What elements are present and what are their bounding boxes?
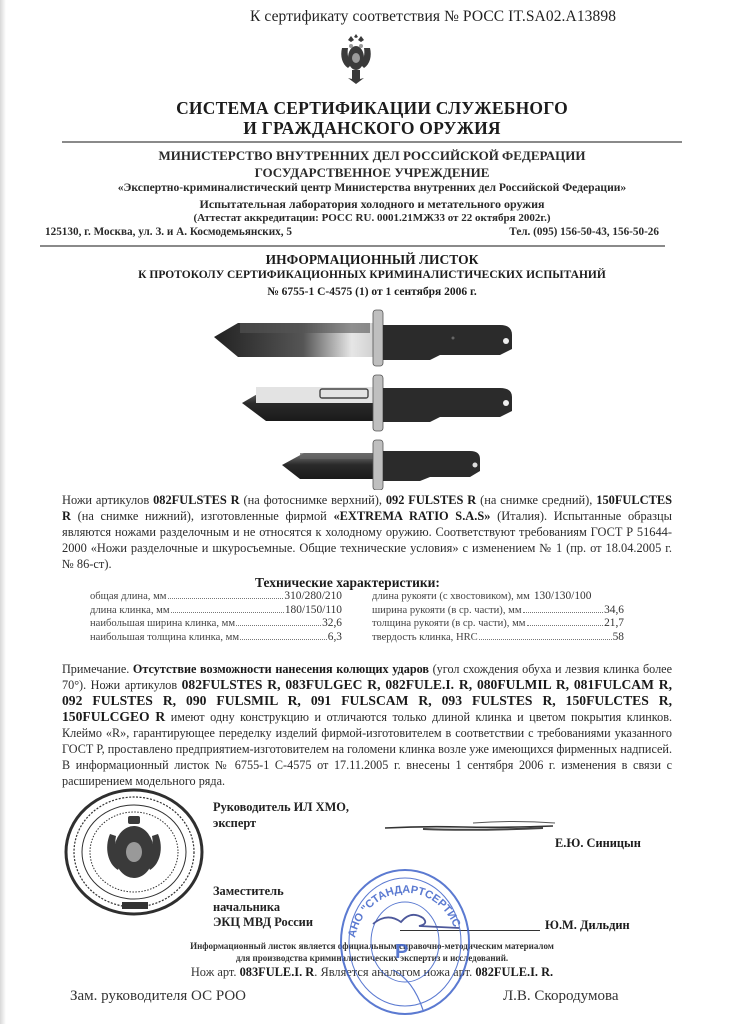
knives-photo (200, 305, 530, 490)
specs-title: Технические характеристики: (255, 575, 440, 591)
spec-row: наибольшая ширина клинка, мм32,6 (90, 617, 342, 631)
system-title-line2: И ГРАЖДАНСКОГО ОРУЖИЯ (0, 118, 744, 138)
center-name: «Экспертно-криминалистический центр Мини… (20, 181, 724, 194)
signatory-1-name: Е.Ю. Синицын (555, 836, 641, 851)
svg-text:Р: Р (395, 941, 408, 963)
signatory-2-name: Ю.М. Дильдин (545, 918, 630, 933)
lab-name: Испытательная лаборатория холодного и ме… (0, 197, 744, 212)
info-sheet-subtitle: К ПРОТОКОЛУ СЕРТИФИКАЦИОННЫХ КРИМИНАЛИСТ… (0, 269, 744, 281)
manufacturer: «EXTREMA RATIO S.A.S» (333, 509, 490, 523)
knife-middle-icon (242, 375, 512, 431)
article-top: 082FULSTES R (153, 493, 240, 507)
article-middle: 092 FULSTES R (386, 493, 476, 507)
certificate-reference: К сертификату соответствия № РОСС IT.SA0… (250, 8, 616, 26)
note-paragraph: Примечание. Отсутствие возможности нанес… (62, 661, 672, 789)
address: 125130, г. Москва, ул. З. и А. Космодемь… (45, 226, 292, 238)
info-sheet-title: ИНФОРМАЦИОННЫЙ ЛИСТОК (0, 252, 744, 268)
spec-row: толщина рукояти (в ср. части), мм21,7 (372, 617, 624, 631)
deputy-title: Зам. руководителя ОС РОО (70, 988, 246, 1005)
spec-row: длина клинка, мм180/150/110 (90, 604, 342, 618)
accreditation: (Аттестат аккредитации: РОСС RU. 0001.21… (0, 212, 744, 224)
note-emphasis: Отсутствие возможности нанесения колющих… (133, 662, 429, 676)
ministry-name: МИНИСТЕРСТВО ВНУТРЕННИХ ДЕЛ РОССИЙСКОЙ Ф… (0, 148, 744, 164)
divider (62, 141, 682, 143)
spec-row: наибольшая толщина клинка, мм6,3 (90, 631, 342, 645)
deputy-name: Л.В. Скородумова (503, 988, 619, 1005)
knife-top-icon (214, 310, 512, 366)
spec-row: ширина рукояти (в ср. части), мм34,6 (372, 604, 624, 618)
signatory-1-title: Руководитель ИЛ ХМО, эксперт (213, 800, 349, 831)
spec-row: общая длина, мм310/280/210 (90, 590, 342, 604)
system-title-line1: СИСТЕМА СЕРТИФИКАЦИИ СЛУЖЕБНОГО (0, 98, 744, 118)
spec-row: твердость клинка, HRC58 (372, 631, 624, 645)
info-sheet-number: № 6755-1 С-4575 (1) от 1 сентября 2006 г… (0, 286, 744, 298)
spec-row: длина рукояти (с хвостовиком), мм130/130… (372, 590, 624, 604)
specs-left-column: общая длина, мм310/280/210 длина клинка,… (90, 590, 342, 644)
signatory-2-title: Заместитель начальника ЭКЦ МВД России (213, 884, 313, 931)
knife-bottom-icon (282, 440, 480, 490)
institution-type: ГОСУДАРСТВЕННОЕ УЧРЕЖДЕНИЕ (0, 165, 744, 181)
divider (40, 245, 665, 247)
coat-of-arms-icon (338, 34, 374, 86)
blue-certification-stamp-icon: АНО "СТАНДАРТСЕРТИС" Р (333, 860, 473, 1020)
official-seal-icon (62, 786, 207, 918)
phone: Тел. (095) 156-50-43, 156-50-26 (509, 226, 659, 238)
description-paragraph: Ножи артикулов 082FULSTES R (на фотосним… (62, 492, 672, 572)
signature-1 (383, 815, 558, 837)
specs-right-column: длина рукояти (с хвостовиком), мм130/130… (372, 590, 624, 644)
